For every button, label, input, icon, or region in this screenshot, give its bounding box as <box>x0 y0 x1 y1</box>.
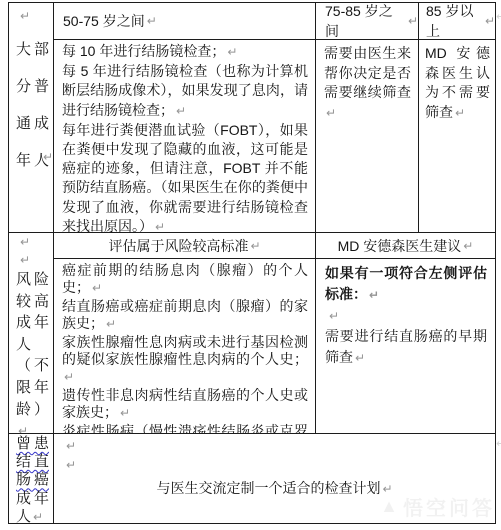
paragraph-mark: ↵ <box>64 439 76 453</box>
row-label-prior-cancer-adults: 曾患结直肠癌成年人↵ <box>9 434 54 524</box>
text-line: 风险 <box>16 269 49 291</box>
text-line: 成年 <box>16 490 49 508</box>
text-line: 龄）↵ <box>16 399 49 434</box>
text-line: 曾患 <box>16 435 49 453</box>
paragraph-mark: ↵ <box>248 234 260 258</box>
paragraph-mark: ↵ <box>18 235 30 249</box>
header-age-50-75-label: 50-75 岁之间 <box>63 11 145 31</box>
row-label-general-adults: ↵ 大部分普通成年人↵ <box>9 3 54 233</box>
paragraph-mark: ↵ <box>327 309 339 323</box>
text-line: 每 5 年进行结肠镜检查（也称为计算机断层结肠成像术），如果发现了息肉，请进行结… <box>62 62 308 121</box>
paragraph-mark: ↵ <box>225 45 237 59</box>
header-risk-criteria-label: 评估属于风险较高标准 <box>108 234 248 258</box>
cell-recommendations-50-75: 每 10 年进行结肠镜检查；↵每 5 年进行结肠镜检查（也称为计算机断层结肠成像… <box>54 40 316 233</box>
text-line: 家族性腺瘤性息肉病或未进行基因检测的疑似家族性腺瘤性息肉病的个人史；↵ <box>62 334 308 387</box>
paragraph-mark: ↵ <box>62 370 74 384</box>
advice-75-85-text: 需要由医生来帮你决定是否需要继续筛查 <box>324 45 411 100</box>
header-risk-criteria: 评估属于风险较高标准↵ <box>54 233 316 259</box>
header-age-85-plus-label: 85 岁以上 <box>426 3 483 40</box>
empty-paragraph: ↵ <box>16 3 49 31</box>
text-line: 通成 <box>16 105 49 142</box>
cell-plan-with-doctor: ↵ ↵ 与医生交流定制一个适合的检查计划↵ <box>54 434 496 524</box>
paragraph-mark: ↵ <box>324 106 336 120</box>
cell-risk-criteria-list: 癌症前期的结肠息肉（腺瘤）的个人史；↵结直肠癌或癌症前期息肉（腺瘤）的家族史；↵… <box>54 259 316 434</box>
text-line: 癌症前期的结肠息肉（腺瘤）的个人史；↵ <box>62 262 308 298</box>
row-label-general-adults-text: 大部分普通成年人↵ <box>16 31 49 179</box>
text-line: 肠癌 <box>16 471 49 489</box>
text-line: 结直 <box>16 453 49 471</box>
text-line: 较高 <box>16 291 49 313</box>
header-age-50-75: 50-75 岁之间↵ <box>54 3 316 40</box>
paragraph-mark: ↵ <box>43 139 53 176</box>
high-risk-advice-body: 需要进行结直肠癌的早期筛查↵ <box>325 326 487 369</box>
paragraph-mark: ↵ <box>153 220 165 233</box>
paragraph-mark: ↵ <box>64 458 76 472</box>
text-line: 结直肠癌或癌症前期息肉（腺瘤）的家族史；↵ <box>62 298 308 334</box>
row-label-high-risk-adults: ↵ ↵ 风险较高成年人（不限年龄）↵ <box>9 233 54 434</box>
empty-paragraph: ↵ <box>16 233 49 251</box>
paragraph-mark: ↵ <box>16 424 28 434</box>
text-line: 年人↵ <box>16 142 49 179</box>
paragraph-mark: ↵ <box>353 351 365 365</box>
header-age-85-plus: 85 岁以上↵ <box>419 3 496 40</box>
paragraph-mark: ↵ <box>367 288 379 302</box>
plan-with-doctor-text: 与医生交流定制一个适合的检查计划↵ <box>62 479 487 499</box>
paragraph-mark: ↵ <box>18 253 30 267</box>
header-md-anderson-advice-label: MD 安德森医生建议 <box>338 234 462 258</box>
text-line: 遗传性非息肉病性结直肠癌的个人史或家族史；↵ <box>62 387 308 423</box>
paragraph-mark: ↵ <box>31 510 43 524</box>
text-line: 炎症性肠病（慢性溃疡性结肠炎或克罗恩病）；↵ <box>62 423 308 434</box>
row-end-mark: ↵ <box>496 437 501 450</box>
cell-advice-75-85: 需要由医生来帮你决定是否需要继续筛查↵ <box>316 40 419 233</box>
text-line: 大部 <box>16 31 49 68</box>
paragraph-mark: ↵ <box>118 406 130 420</box>
paragraph-mark: ↵ <box>461 234 473 258</box>
row-label-high-risk-adults-text: 风险较高成年人（不限年龄）↵ <box>16 269 49 434</box>
text-line: 人（不 <box>16 334 49 377</box>
header-md-anderson-advice: MD 安德森医生建议↵ <box>316 233 496 259</box>
header-age-75-85: 75-85 岁之间↵ <box>316 3 419 40</box>
high-risk-advice-title: 如果有一项符合左侧评估标准：↵ <box>325 263 487 306</box>
text-line: 限年 <box>16 377 49 399</box>
empty-paragraph: ↵ <box>62 455 487 474</box>
paragraph-mark: ↵ <box>104 317 116 331</box>
text-line: 分普 <box>16 68 49 105</box>
cell-high-risk-advice: 如果有一项符合左侧评估标准：↵ ↵ 需要进行结直肠癌的早期筛查↵ <box>316 259 496 434</box>
row-end-mark: ↵ <box>496 10 501 23</box>
paragraph-mark: ↵ <box>406 14 418 28</box>
paragraph-mark: ↵ <box>90 281 102 295</box>
header-age-75-85-label: 75-85 岁之间 <box>325 3 406 40</box>
paragraph-mark: ↵ <box>174 104 186 118</box>
paragraph-mark: ↵ <box>18 9 30 23</box>
text-line: 每 10 年进行结肠镜检查；↵ <box>62 42 308 62</box>
paragraph-mark: ↵ <box>380 482 392 496</box>
text-line: 成年 <box>16 312 49 334</box>
paragraph-mark: ↵ <box>145 14 157 28</box>
text-line: 人↵ <box>16 508 49 524</box>
paragraph-mark: ↵ <box>483 14 495 28</box>
screening-guidelines-table: ↵ 大部分普通成年人↵ 50-75 岁之间↵ 75-85 岁之间↵ 85 岁以上… <box>8 2 496 524</box>
cell-advice-85-plus: MD 安德森医生认为不需要筛查↵ <box>419 40 496 233</box>
empty-paragraph: ↵ <box>325 306 487 326</box>
text-line: 每年进行粪便潜血试验（FOBT），如果在粪便中发现了隐藏的血液，这可能是癌症的迹… <box>62 121 308 233</box>
empty-paragraph: ↵ <box>16 251 49 269</box>
empty-paragraph: ↵ <box>62 436 487 455</box>
paragraph-mark: ↵ <box>453 106 465 120</box>
